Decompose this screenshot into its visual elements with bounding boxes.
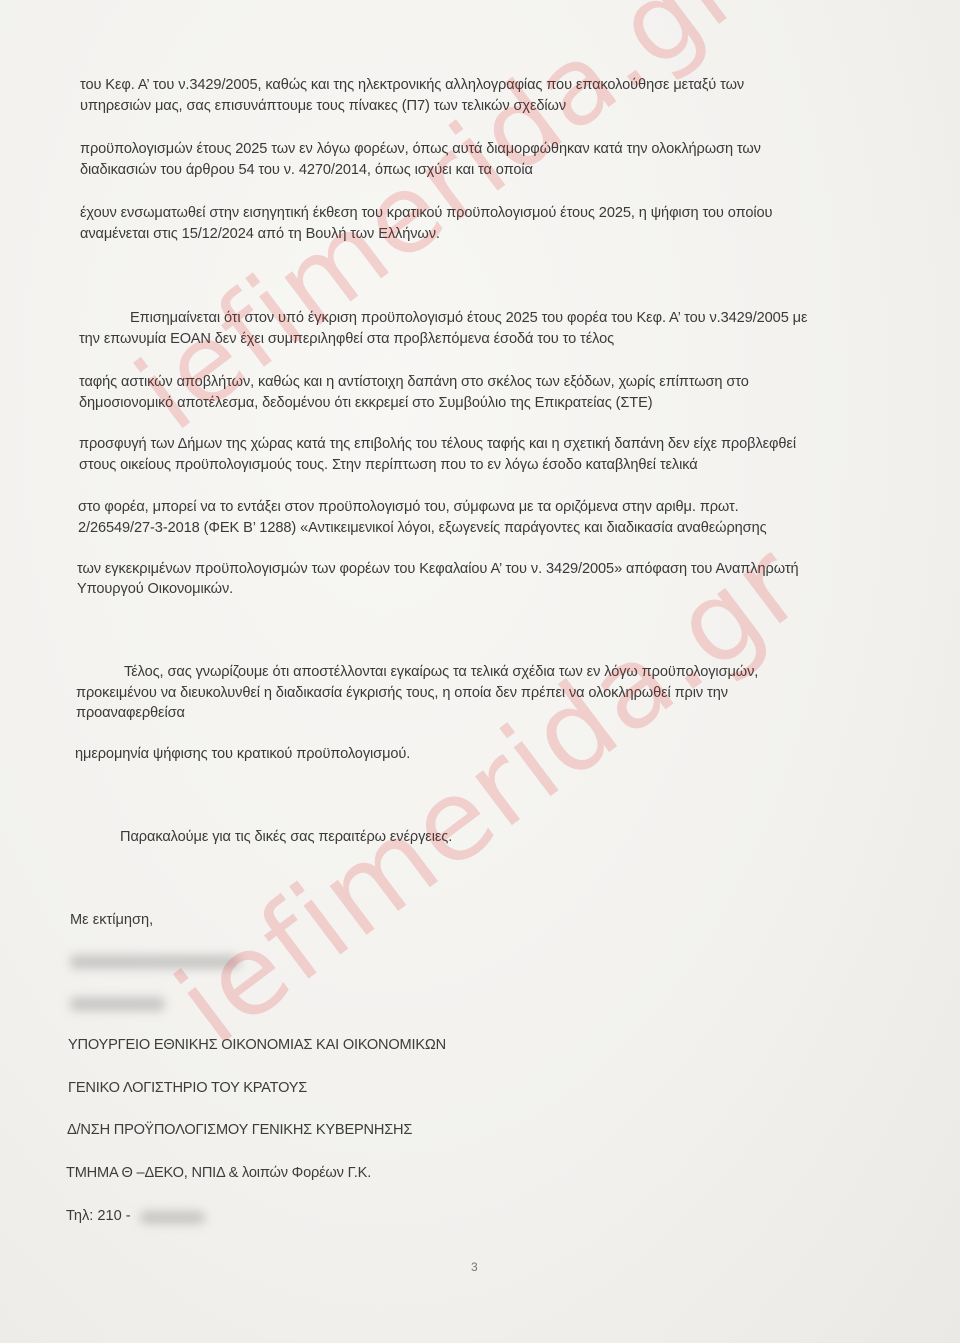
paragraph-1-line-2: υπηρεσιών μας, σας επισυνάπτουμε τους πί… bbox=[80, 96, 566, 117]
signature-directorate: Δ/ΝΣΗ ΠΡΟΫΠΟΛΟΓΙΣΜΟΥ ΓΕΝΙΚΗΣ ΚΥΒΕΡΝΗΣΗΣ bbox=[67, 1122, 412, 1138]
paragraph-7-line-2: 2/26549/27-3-2018 (ΦΕΚ Β’ 1288) «Αντικει… bbox=[78, 518, 767, 539]
paragraph-9-line-1: Τέλος, σας γνωρίζουμε ότι αποστέλλονται … bbox=[124, 662, 758, 683]
redacted-signatory-name bbox=[70, 955, 240, 969]
paragraph-3-line-1: έχουν ενσωματωθεί στην εισηγητική έκθεση… bbox=[80, 203, 772, 224]
paragraph-2-line-1: προϋπολογισμών έτους 2025 των εν λόγω φο… bbox=[80, 139, 761, 160]
paragraph-11-line-1: Παρακαλούμε για τις δικές σας περαιτέρω … bbox=[120, 827, 452, 848]
redacted-signatory-title bbox=[70, 997, 165, 1011]
redacted-phone-number bbox=[140, 1211, 205, 1224]
closing-salutation: Με εκτίμηση, bbox=[70, 912, 153, 928]
paragraph-9-line-2: προκειμένου να διευκολυνθεί η διαδικασία… bbox=[76, 683, 728, 704]
scanned-document-page: του Κεφ. Α’ του ν.3429/2005, καθώς και τ… bbox=[0, 0, 960, 1343]
signature-ministry: ΥΠΟΥΡΓΕΙΟ ΕΘΝΙΚΗΣ ΟΙΚΟΝΟΜΙΑΣ ΚΑΙ ΟΙΚΟΝΟΜ… bbox=[68, 1037, 446, 1053]
paragraph-1-line-1: του Κεφ. Α’ του ν.3429/2005, καθώς και τ… bbox=[80, 75, 744, 96]
signature-office: ΓΕΝΙΚΟ ΛΟΓΙΣΤΗΡΙΟ ΤΟΥ ΚΡΑΤΟΥΣ bbox=[68, 1080, 307, 1096]
paragraph-4-line-2: την επωνυμία ΕΟΑΝ δεν έχει συμπεριληφθεί… bbox=[79, 329, 614, 350]
paragraph-7-line-1: στο φορέα, μπορεί να το εντάξει στον προ… bbox=[78, 497, 739, 518]
paragraph-5-line-1: ταφής αστικών αποβλήτων, καθώς και η αντ… bbox=[79, 372, 749, 393]
paragraph-8-line-1: των εγκεκριμένων προϋπολογισμών των φορέ… bbox=[77, 559, 799, 580]
watermark-bottom: iefimerida.gr bbox=[154, 518, 827, 1070]
page-number: 3 bbox=[471, 1260, 478, 1274]
paragraph-8-line-2: Υπουργού Οικονομικών. bbox=[77, 579, 233, 600]
signature-department: ΤΜΗΜΑ Θ –ΔΕΚΟ, ΝΠΙΔ & λοιπών Φορέων Γ.Κ. bbox=[66, 1165, 371, 1181]
paragraph-6-line-2: στους οικείους προϋπολογισμούς τους. Στη… bbox=[79, 455, 698, 476]
signature-phone-prefix: Τηλ: 210 - bbox=[66, 1208, 131, 1224]
paragraph-4-line-1: Επισημαίνεται ότι στον υπό έγκριση προϋπ… bbox=[130, 308, 807, 329]
paragraph-5-line-2: δημοσιονομικό αποτέλεσμα, δεδομένου ότι … bbox=[79, 393, 652, 414]
paragraph-3-line-2: αναμένεται στις 15/12/2024 από τη Βουλή … bbox=[80, 224, 440, 245]
paragraph-6-line-1: προσφυγή των Δήμων της χώρας κατά της επ… bbox=[79, 434, 796, 455]
paragraph-9-line-3: προαναφερθείσα bbox=[76, 703, 185, 724]
paragraph-10-line-1: ημερομηνία ψήφισης του κρατικού προϋπολο… bbox=[75, 744, 410, 765]
paragraph-2-line-2: διαδικασιών του άρθρου 54 του ν. 4270/20… bbox=[80, 160, 533, 181]
